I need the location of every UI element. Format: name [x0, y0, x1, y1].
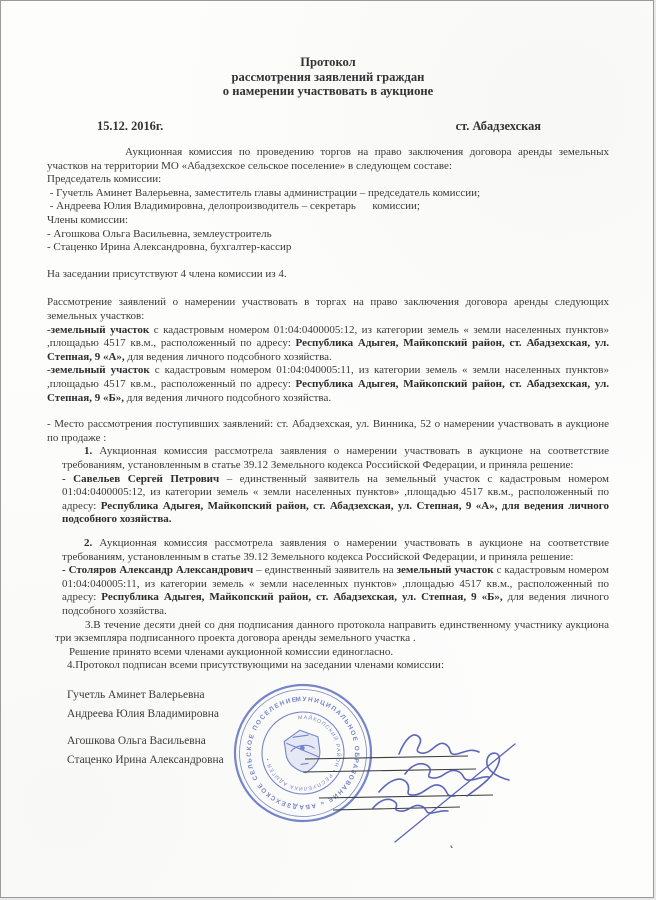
chair-member-2: - Андреева Юлия Владимировна, делопроизв…	[47, 200, 609, 214]
signature-ink	[373, 735, 515, 848]
decision-item-4: 4.Протокол подписан всеми присутствующим…	[67, 659, 609, 673]
decision-item-1: 1. Аукционная комиссия рассмотрела заявл…	[62, 445, 609, 472]
document-title: Протокол рассмотрения заявлений граждан …	[47, 55, 609, 99]
signatory-2: Андреева Юлия Владимировна	[67, 705, 224, 724]
land-plot-1: -земельный участок с кадастровым номером…	[47, 324, 609, 365]
document-date: 15.12. 2016г.	[97, 120, 163, 134]
stamp-ring-text: МУНИЦИПАЛЬНОЕ ОБРАЗОВАНИЕ « АБАДЗЕХСКОЕ …	[203, 648, 367, 824]
applicant-2: - Столяров Александр Александрович – еди…	[62, 564, 609, 618]
attendance-line: На заседании присутствуют 4 члена комисс…	[47, 268, 609, 282]
signature-lines	[303, 756, 493, 810]
title-line-2: рассмотрения заявлений граждан	[47, 70, 609, 85]
svg-text:МУНИЦИПАЛЬНОЕ ОБРАЗОВАНИЕ « АБ: МУНИЦИПАЛЬНОЕ ОБРАЗОВАНИЕ « АБАДЗЕХСКОЕ …	[203, 648, 367, 824]
signature-area: Гучетль Аминет Валерьевна Андреева Юлия …	[47, 686, 609, 856]
signatory-4: Стаценко Ирина Александровна	[67, 751, 224, 770]
members-label: Члены комиссии:	[47, 214, 609, 228]
document-content: Протокол рассмотрения заявлений граждан …	[1, 1, 653, 856]
date-place-row: 15.12. 2016г. ст. Абадзехская	[47, 120, 609, 134]
stamp-emblem-icon	[283, 728, 323, 775]
document-place: ст. Абадзехская	[456, 120, 541, 134]
place-of-review: - Место рассмотрения поступивших заявлен…	[47, 418, 609, 445]
consideration-paragraph: Рассмотрение заявлений о намерении участ…	[47, 296, 609, 323]
intro-paragraph: Аукционная комиссия по проведению торгов…	[47, 146, 609, 173]
chair-label: Председатель комиссии:	[47, 173, 609, 187]
svg-text:МАЙКОПСКИЙ РАЙОН • РЕСПУБЛИКА: МАЙКОПСКИЙ РАЙОН • РЕСПУБЛИКА АДЫГЕЯ •	[260, 709, 348, 795]
signatory-1: Гучетль Аминет Валерьевна	[67, 686, 224, 705]
decision-item-3: 3.В течение десяти дней со дня подписани…	[55, 619, 609, 646]
title-line-3: о намерении участвовать в аукционе	[47, 84, 609, 99]
scanned-protocol-page: Протокол рассмотрения заявлений граждан …	[0, 0, 654, 898]
stamp-ring-text-inner: МАЙКОПСКИЙ РАЙОН • РЕСПУБЛИКА АДЫГЕЯ •	[260, 709, 348, 795]
member-2: - Стаценко Ирина Александровна, бухгалте…	[47, 241, 609, 255]
chair-member-1: - Гучетль Аминет Валерьевна, заместитель…	[47, 187, 609, 201]
stamp-and-signatures-overlay: МУНИЦИПАЛЬНОЕ ОБРАЗОВАНИЕ « АБАДЗЕХСКОЕ …	[203, 648, 563, 848]
member-1: - Агошкова Ольга Васильевна, землеустрои…	[47, 228, 609, 242]
resolution-line: Решение принято всеми членами аукционной…	[69, 646, 609, 660]
signatory-3: Агошкова Ольга Васильевна	[67, 732, 224, 751]
applicant-1: - Савельев Сергей Петрович – единственны…	[62, 473, 609, 527]
land-plot-2: -земельный участок с кадастровым номером…	[47, 364, 609, 405]
signatory-names: Гучетль Аминет Валерьевна Андреева Юлия …	[67, 686, 224, 770]
official-stamp: МУНИЦИПАЛЬНОЕ ОБРАЗОВАНИЕ « АБАДЗЕХСКОЕ …	[203, 648, 380, 835]
decision-item-2: 2. Аукционная комиссия рассмотрела заявл…	[62, 537, 609, 564]
title-line-1: Протокол	[47, 55, 609, 70]
